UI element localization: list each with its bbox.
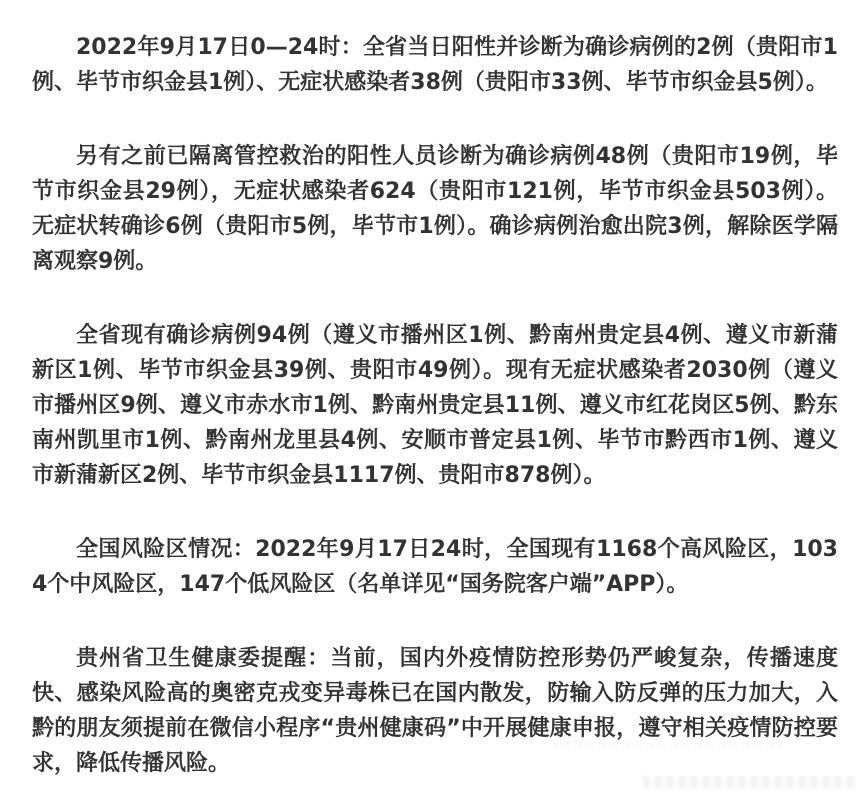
paragraph-daily-new-cases: 2022年9月17日0—24时：全省当日阳性并诊断为确诊病例的2例（贵阳市1例、… [32, 30, 838, 100]
paragraph-quarantined-diagnosed-cases: 另有之前已隔离管控救治的阳性人员诊断为确诊病例48例（贵阳市19例，毕节市织金县… [32, 139, 838, 279]
paragraph-current-province-cases: 全省现有确诊病例94例（遵义市播州区1例、黔南州贵定县4例、遵义市新蒲新区1例、… [32, 318, 838, 493]
article-body: 2022年9月17日0—24时：全省当日阳性并诊断为确诊病例的2例（贵阳市1例、… [32, 30, 838, 781]
paragraph-health-commission-reminder: 贵州省卫生健康委提醒：当前，国内外疫情防控形势仍严峻复杂，传播速度快、感染风险高… [32, 641, 838, 781]
document-page: 2022年9月17日0—24时：全省当日阳性并诊断为确诊病例的2例（贵阳市1例、… [0, 0, 862, 800]
paragraph-national-risk-areas: 全国风险区情况：2022年9月17日24时，全国现有1168个高风险区，1034… [32, 532, 838, 602]
